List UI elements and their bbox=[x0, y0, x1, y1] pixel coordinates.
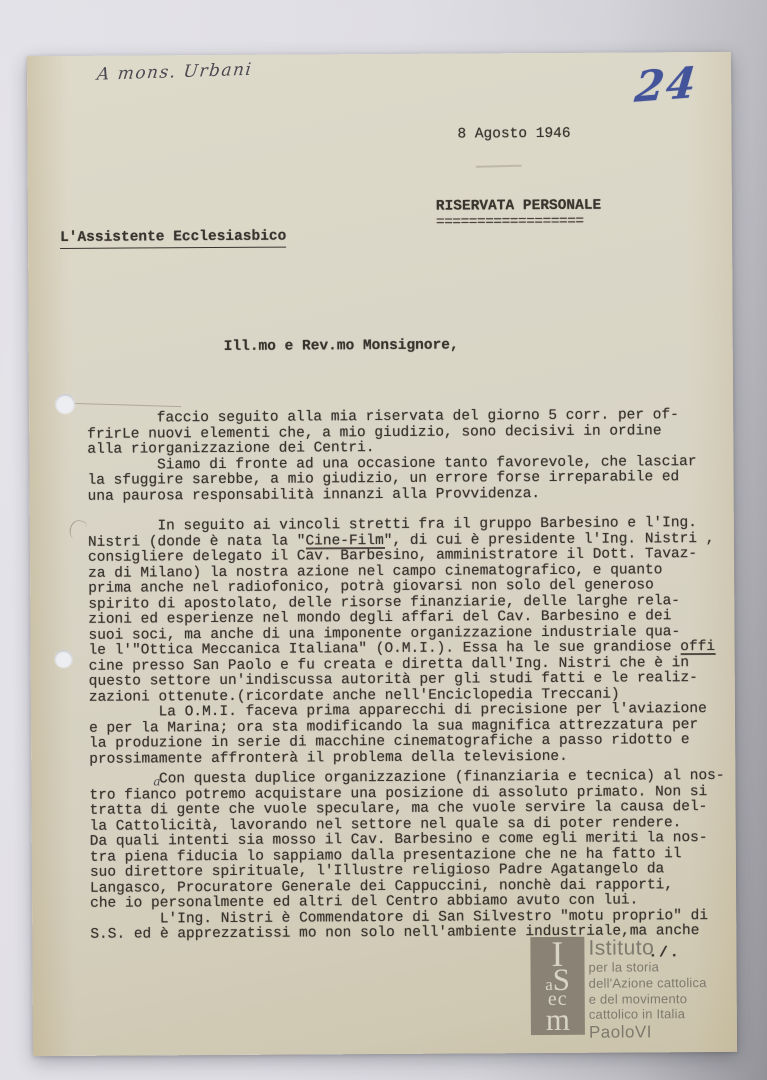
archive-number: 24 bbox=[633, 58, 700, 112]
scratch-mark bbox=[75, 403, 181, 407]
offi-underline bbox=[681, 653, 716, 655]
watermark-caption: Istitutoper la storiadell'Azione cattoli… bbox=[588, 936, 707, 1042]
document-paper: A mons. Urbani 24 8 Agosto 1946 RISERVAT… bbox=[27, 52, 737, 1056]
addressee-heading: L'Assistente Ecclesiasbico bbox=[60, 230, 286, 249]
faint-pencil-line bbox=[476, 165, 522, 168]
handwritten-correction-mark: a bbox=[153, 774, 160, 788]
handwritten-note: A mons. Urbani bbox=[96, 60, 253, 85]
letter-date: 8 Agosto 1946 bbox=[457, 127, 570, 143]
paragraph-1: faccio seguito alla mia riservata del gi… bbox=[87, 408, 697, 505]
paragraph-2: In seguito ai vincoli stretti fra il gru… bbox=[88, 516, 716, 768]
watermark-monogram: IaSecm bbox=[530, 937, 585, 1035]
hole-punch-bottom bbox=[55, 650, 73, 668]
paragraph-3: Con questa duplice organizzazione (finan… bbox=[89, 769, 725, 943]
photo-background: A mons. Urbani 24 8 Agosto 1946 RISERVAT… bbox=[0, 0, 767, 1080]
pencil-mark bbox=[67, 518, 88, 542]
hole-punch-top bbox=[55, 394, 75, 414]
salutation: Ill.mo e Rev.mo Monsignore, bbox=[224, 339, 459, 356]
classification-rule: ================== bbox=[436, 215, 584, 231]
classification-stamp: RISERVATA PERSONALE bbox=[436, 200, 601, 214]
